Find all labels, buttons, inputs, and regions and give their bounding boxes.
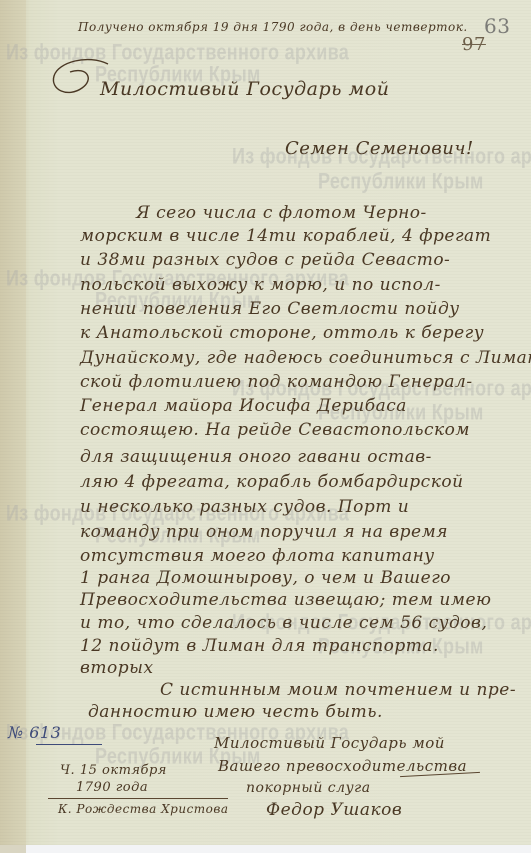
body-line: нении повеления Его Светлости пойду xyxy=(80,299,460,319)
body-line: 1 ранга Домошнырову, о чем и Вашего xyxy=(80,568,451,588)
salutation: Милостивый Государь мой xyxy=(100,78,389,100)
closing-line: данностию имею честь быть. xyxy=(88,702,383,722)
scan-background xyxy=(26,845,531,853)
margin-date-line1: Ч. 15 октября xyxy=(60,763,167,778)
body-line: команду при оном поручил я на время xyxy=(80,522,448,542)
body-line: к Анатольской стороне, оттоль к берегу xyxy=(80,323,484,343)
body-line: Генерал майора Иосифа Дерибаса xyxy=(80,396,407,416)
manuscript-page: Из фондов Государственного архива Респуб… xyxy=(0,0,531,845)
received-note: Получено октября 19 дня 1790 года, в ден… xyxy=(78,20,468,34)
page-binding-edge xyxy=(0,0,26,845)
archive-number-crossed: 97 xyxy=(462,34,486,55)
body-line: морским в числе 14ти кораблей, 4 фрегат xyxy=(80,226,491,246)
signature-name: Федор Ушаков xyxy=(266,800,402,820)
addressee: Семен Семенович! xyxy=(285,138,474,159)
signature-your: Вашего превосходительства xyxy=(218,757,467,775)
body-line: ляю 4 фрегата, корабль бомбардирской xyxy=(80,472,464,492)
archive-number: 63 xyxy=(484,14,510,38)
closing-line: С истинным моим почтением и пре- xyxy=(160,680,516,700)
body-line: вторых xyxy=(80,658,154,678)
margin-divider xyxy=(48,798,228,799)
signature-servant: покорный слуга xyxy=(246,780,371,796)
margin-date-line2: 1790 года xyxy=(76,780,148,795)
body-line: Дунайскому, где надеюсь соединиться с Ли… xyxy=(80,348,531,368)
body-line: польской выхожу к морю, и по испол- xyxy=(80,275,441,295)
body-line: состоящею. На рейде Севастопольском xyxy=(80,420,470,440)
body-line: ской флотилиею под командою Генерал- xyxy=(80,372,473,392)
signature-salutation: Милостивый Государь мой xyxy=(214,734,445,752)
document-number: № 613 xyxy=(8,723,61,742)
margin-place: К. Рождества Христова xyxy=(58,802,229,816)
body-line: 12 пойдут в Лиман для транспорта. xyxy=(80,636,439,656)
body-line: отсутствия моего флота капитану xyxy=(80,546,435,566)
body-line: Я сего числа с флотом Черно- xyxy=(136,203,427,223)
body-line: и 38ми разных судов с рейда Севасто- xyxy=(80,250,450,270)
watermark: Республики Крым xyxy=(318,168,484,194)
scan-edge xyxy=(0,845,26,853)
number-underline xyxy=(36,744,102,745)
body-line: Превосходительства извещаю; тем имею xyxy=(80,590,491,610)
body-line: и несколько разных судов. Порт и xyxy=(80,497,409,517)
body-line: и то, что сделалось в числе сем 56 судов… xyxy=(80,613,487,633)
body-line: для защищения оного гавани остав- xyxy=(80,447,432,467)
